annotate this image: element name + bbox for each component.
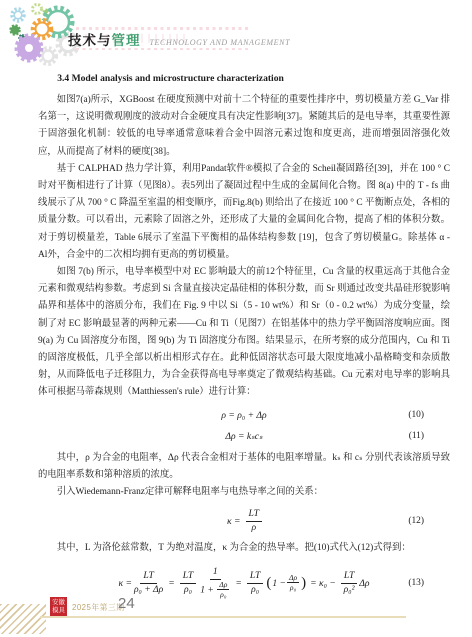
diagonal-stripes-decoration — [0, 604, 46, 634]
fraction-numerator: LT — [247, 571, 263, 584]
equation-13-number: (13) — [408, 578, 424, 588]
equation-12-lhs: κ = — [227, 516, 240, 527]
equation-13-lhs: κ = — [118, 578, 131, 589]
fraction-numerator: Δρ — [217, 581, 229, 590]
paragraph-1: 如图7(a)所示，XGBoost 在硬度预测中对前十二个特征的重要性排序中，剪切… — [38, 92, 450, 161]
journal-section-title: 技术与管理 TECHNOLOGY AND MANAGEMENT — [68, 29, 290, 50]
section-title-en: TECHNOLOGY AND MANAGEMENT — [150, 38, 291, 47]
fraction-numerator: LT — [140, 571, 156, 584]
seal-text-bottom: 模具 — [50, 607, 67, 615]
paragraph-3: 如图 7(b) 所示，电导率模型中对 EC 影响最大的前12个特征里，Cu 含量… — [38, 264, 450, 402]
equation-11-number: (11) — [409, 431, 424, 441]
paragraph-6: 其中，L 为洛伦兹常数，T 为绝对温度，κ 为合金的热导率。把(10)式代入(1… — [38, 540, 450, 557]
section-title-zh-main: 技术与 — [68, 33, 112, 48]
equation-12-fraction: LT ρ — [246, 509, 262, 533]
paragraph-4: 其中，ρ 为合金的电阻率，Δρ 代表合金相对于基体的电阻率增量。kₛ 和 cₛ … — [38, 450, 450, 484]
equation-11: Δρ = kₛcₛ (11) — [38, 428, 450, 445]
page-header: 技术与管理 TECHNOLOGY AND MANAGEMENT — [0, 0, 472, 66]
fraction-numerator: Δρ — [287, 574, 299, 583]
section-heading: 3.4 Model analysis and microstructure ch… — [38, 73, 450, 84]
paragraph-2: 基于 CALPHAD 热力学计算，利用Pandat软件®模拟了合金的 Schei… — [38, 161, 450, 264]
equation-12: κ = LT ρ (12) — [38, 507, 450, 535]
article-body: 3.4 Model analysis and microstructure ch… — [38, 70, 450, 602]
equation-11-body: Δρ = kₛcₛ — [225, 431, 262, 442]
footer-rule — [40, 616, 406, 618]
equation-12-number: (12) — [408, 516, 424, 526]
fraction-numerator: LT — [341, 571, 357, 584]
fraction-numerator: 1 — [210, 567, 221, 580]
journal-seal-logo: 安徽 模具 — [50, 597, 67, 616]
paragraph-5: 引入Wiedemann-Franz定律可解释电阻率与电热导率之间的关系： — [38, 484, 450, 501]
equals-sign: = — [168, 578, 174, 589]
journal-page: 技术与管理 TECHNOLOGY AND MANAGEMENT 3.4 Mode… — [0, 0, 472, 637]
equation-13-tail: Δρ — [359, 578, 369, 589]
paren-term: 1 − — [272, 578, 286, 589]
equation-10-number: (10) — [408, 410, 424, 420]
section-title-zh: 技术与管理 — [68, 33, 141, 48]
equals-sign: = — [235, 578, 241, 589]
page-number: 24 — [118, 595, 135, 612]
equals-term: = κ₀ − — [310, 578, 336, 589]
page-footer: 安徽 模具 2025年第三期 24 — [0, 590, 472, 637]
issue-label: 2025年第三期 — [72, 602, 125, 613]
fraction-denominator: ρ — [251, 522, 256, 534]
fraction-numerator: LT — [246, 509, 262, 522]
equation-10-body: ρ = ρ₀ + Δρ — [221, 410, 266, 421]
section-title-zh-accent: 管理 — [112, 33, 141, 48]
fraction-numerator: LT — [180, 571, 196, 584]
seal-text-top: 安徽 — [50, 599, 67, 607]
equation-10: ρ = ρ₀ + Δρ (10) — [38, 407, 450, 424]
